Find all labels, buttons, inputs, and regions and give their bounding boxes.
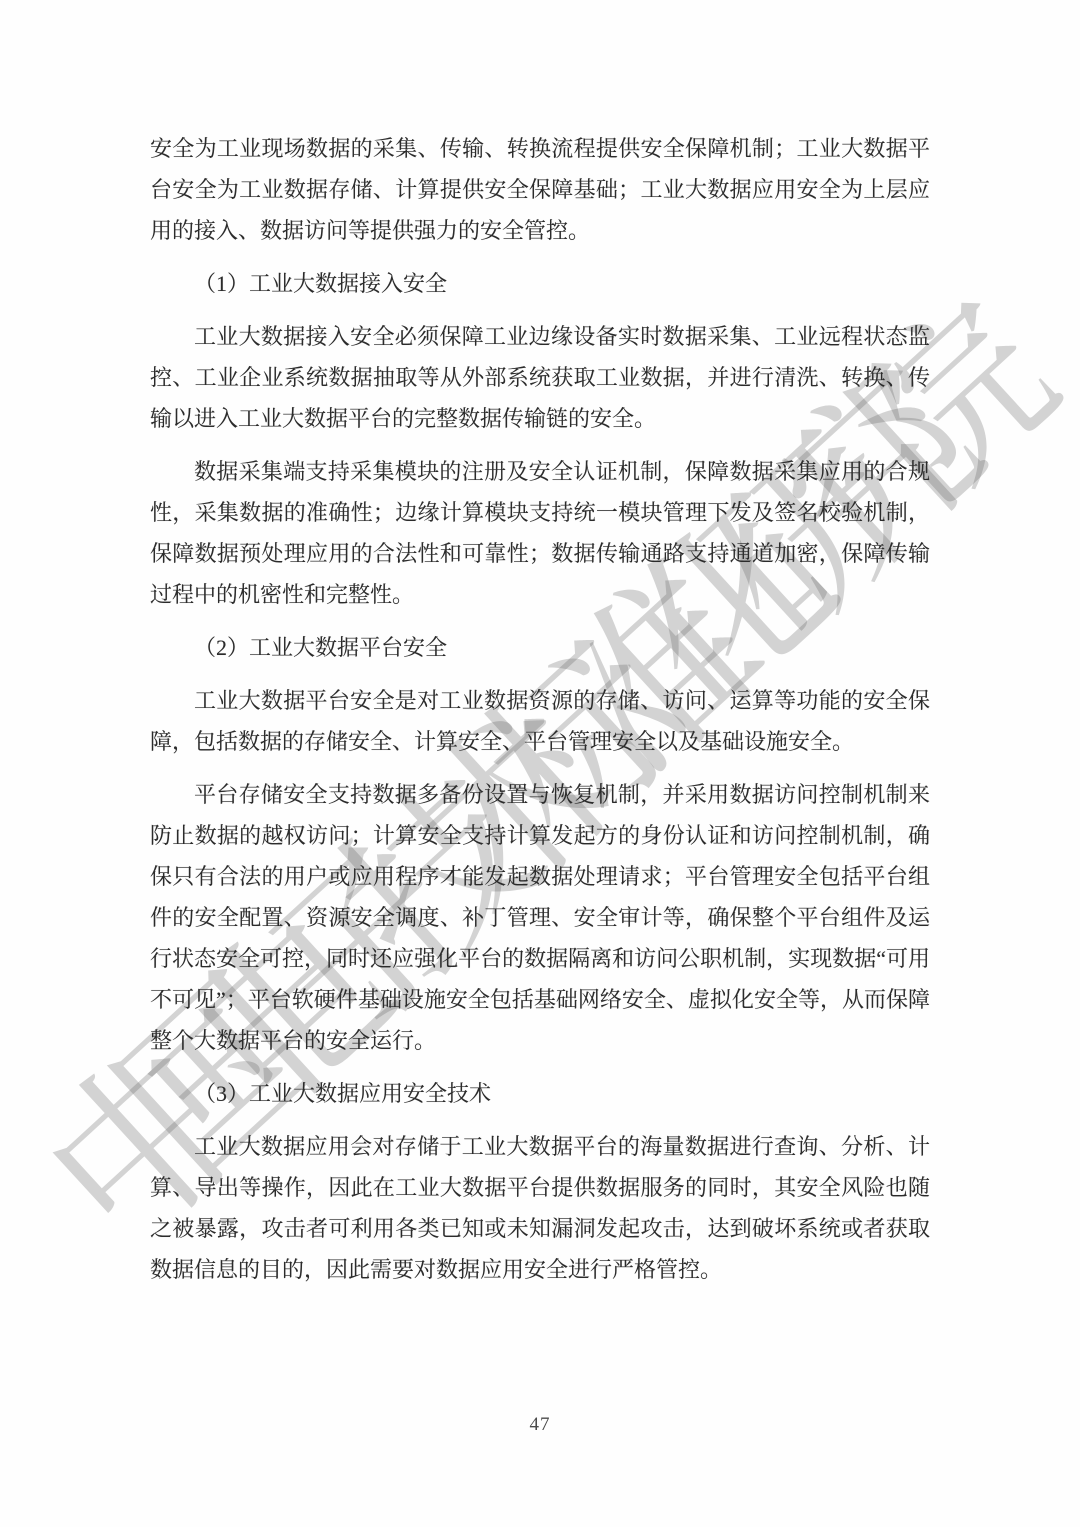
section-heading-3: （3）工业大数据应用安全技术	[150, 1073, 930, 1114]
section-heading-2: （2）工业大数据平台安全	[150, 627, 930, 668]
paragraph-collection-endpoint: 数据采集端支持采集模块的注册及安全认证机制，保障数据采集应用的合规性，采集数据的…	[150, 451, 930, 615]
paragraph-access-security: 工业大数据接入安全必须保障工业边缘设备实时数据采集、工业远程状态监控、工业企业系…	[150, 316, 930, 439]
section-heading-1: （1）工业大数据接入安全	[150, 263, 930, 304]
paragraph-platform-storage: 平台存储安全支持数据多备份设置与恢复机制，并采用数据访问控制机制来防止数据的越权…	[150, 774, 930, 1061]
paragraph-platform-security: 工业大数据平台安全是对工业数据资源的存储、访问、运算等功能的安全保障，包括数据的…	[150, 680, 930, 762]
page-number: 47	[0, 1414, 1080, 1436]
paragraph-application-security: 工业大数据应用会对存储于工业大数据平台的海量数据进行查询、分析、计算、导出等操作…	[150, 1126, 930, 1290]
page-content: 安全为工业现场数据的采集、传输、转换流程提供安全保障机制；工业大数据平台安全为工…	[150, 128, 930, 1302]
paragraph-continuation: 安全为工业现场数据的采集、传输、转换流程提供安全保障机制；工业大数据平台安全为工…	[150, 128, 930, 251]
document-page: 中国电子技术标准化研究院 安全为工业现场数据的采集、传输、转换流程提供安全保障机…	[0, 0, 1080, 1527]
